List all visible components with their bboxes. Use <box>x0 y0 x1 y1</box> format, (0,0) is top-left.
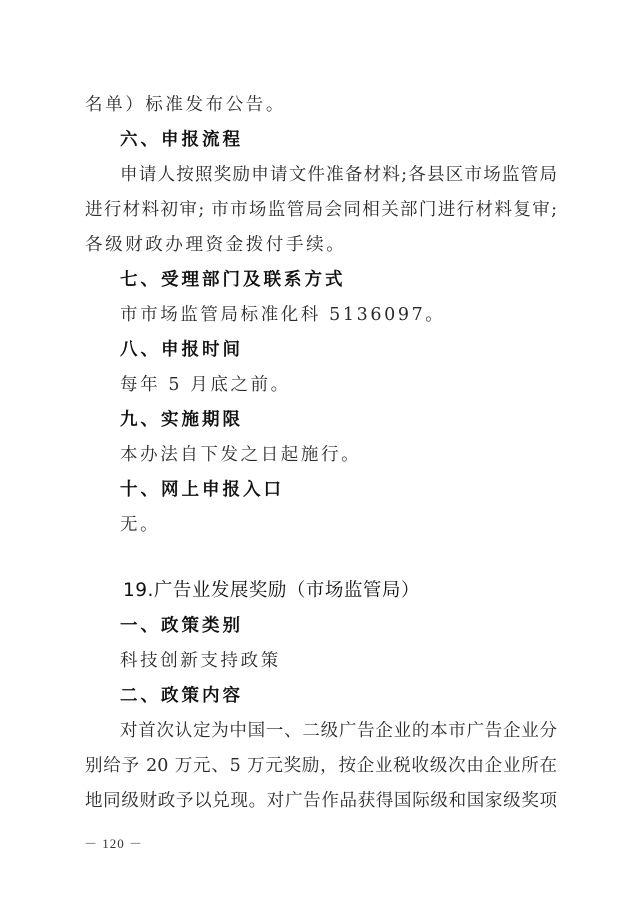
paragraph-line: 每年 5 月底之前。 <box>120 373 557 397</box>
page-number: － 120 － <box>84 833 143 852</box>
section-heading-8: 八、申报时间 <box>120 338 557 362</box>
paragraph-line: 地同级财政予以兑现。对广告作品获得国际级和国家级奖项 <box>85 789 557 813</box>
paragraph-line: 各级财政办理资金拨付手续。 <box>85 233 557 257</box>
section-heading-7: 七、受理部门及联系方式 <box>120 268 557 292</box>
section-heading-9: 九、实施期限 <box>120 408 557 432</box>
paragraph-line: 进行材料初审; 市市场监管局会同相关部门进行材料复审; <box>85 198 557 222</box>
section-heading-1: 一、政策类别 <box>120 614 557 638</box>
contact-line: 市市场监管局标准化科 5136097。 <box>120 303 557 327</box>
policy-title: 19.广告业发展奖励（市场监管局） <box>123 579 595 603</box>
paragraph-line: 无。 <box>120 513 557 537</box>
section-heading-6: 六、申报流程 <box>120 128 557 152</box>
paragraph-line: 对首次认定为中国一、二级广告企业的本市广告企业分 <box>120 719 557 743</box>
paragraph-line: 名单）标准发布公告。 <box>85 93 557 117</box>
paragraph-line: 别给予 20 万元、5 万元奖励，按企业税收级次由企业所在 <box>85 754 557 778</box>
paragraph-line: 本办法自下发之日起施行。 <box>120 443 557 467</box>
section-heading-2: 二、政策内容 <box>120 684 557 708</box>
section-heading-10: 十、网上申报入口 <box>120 478 557 502</box>
paragraph-line: 科技创新支持政策 <box>120 649 557 673</box>
paragraph-line: 申请人按照奖励申请文件准备材料;各县区市场监管局 <box>120 163 557 187</box>
